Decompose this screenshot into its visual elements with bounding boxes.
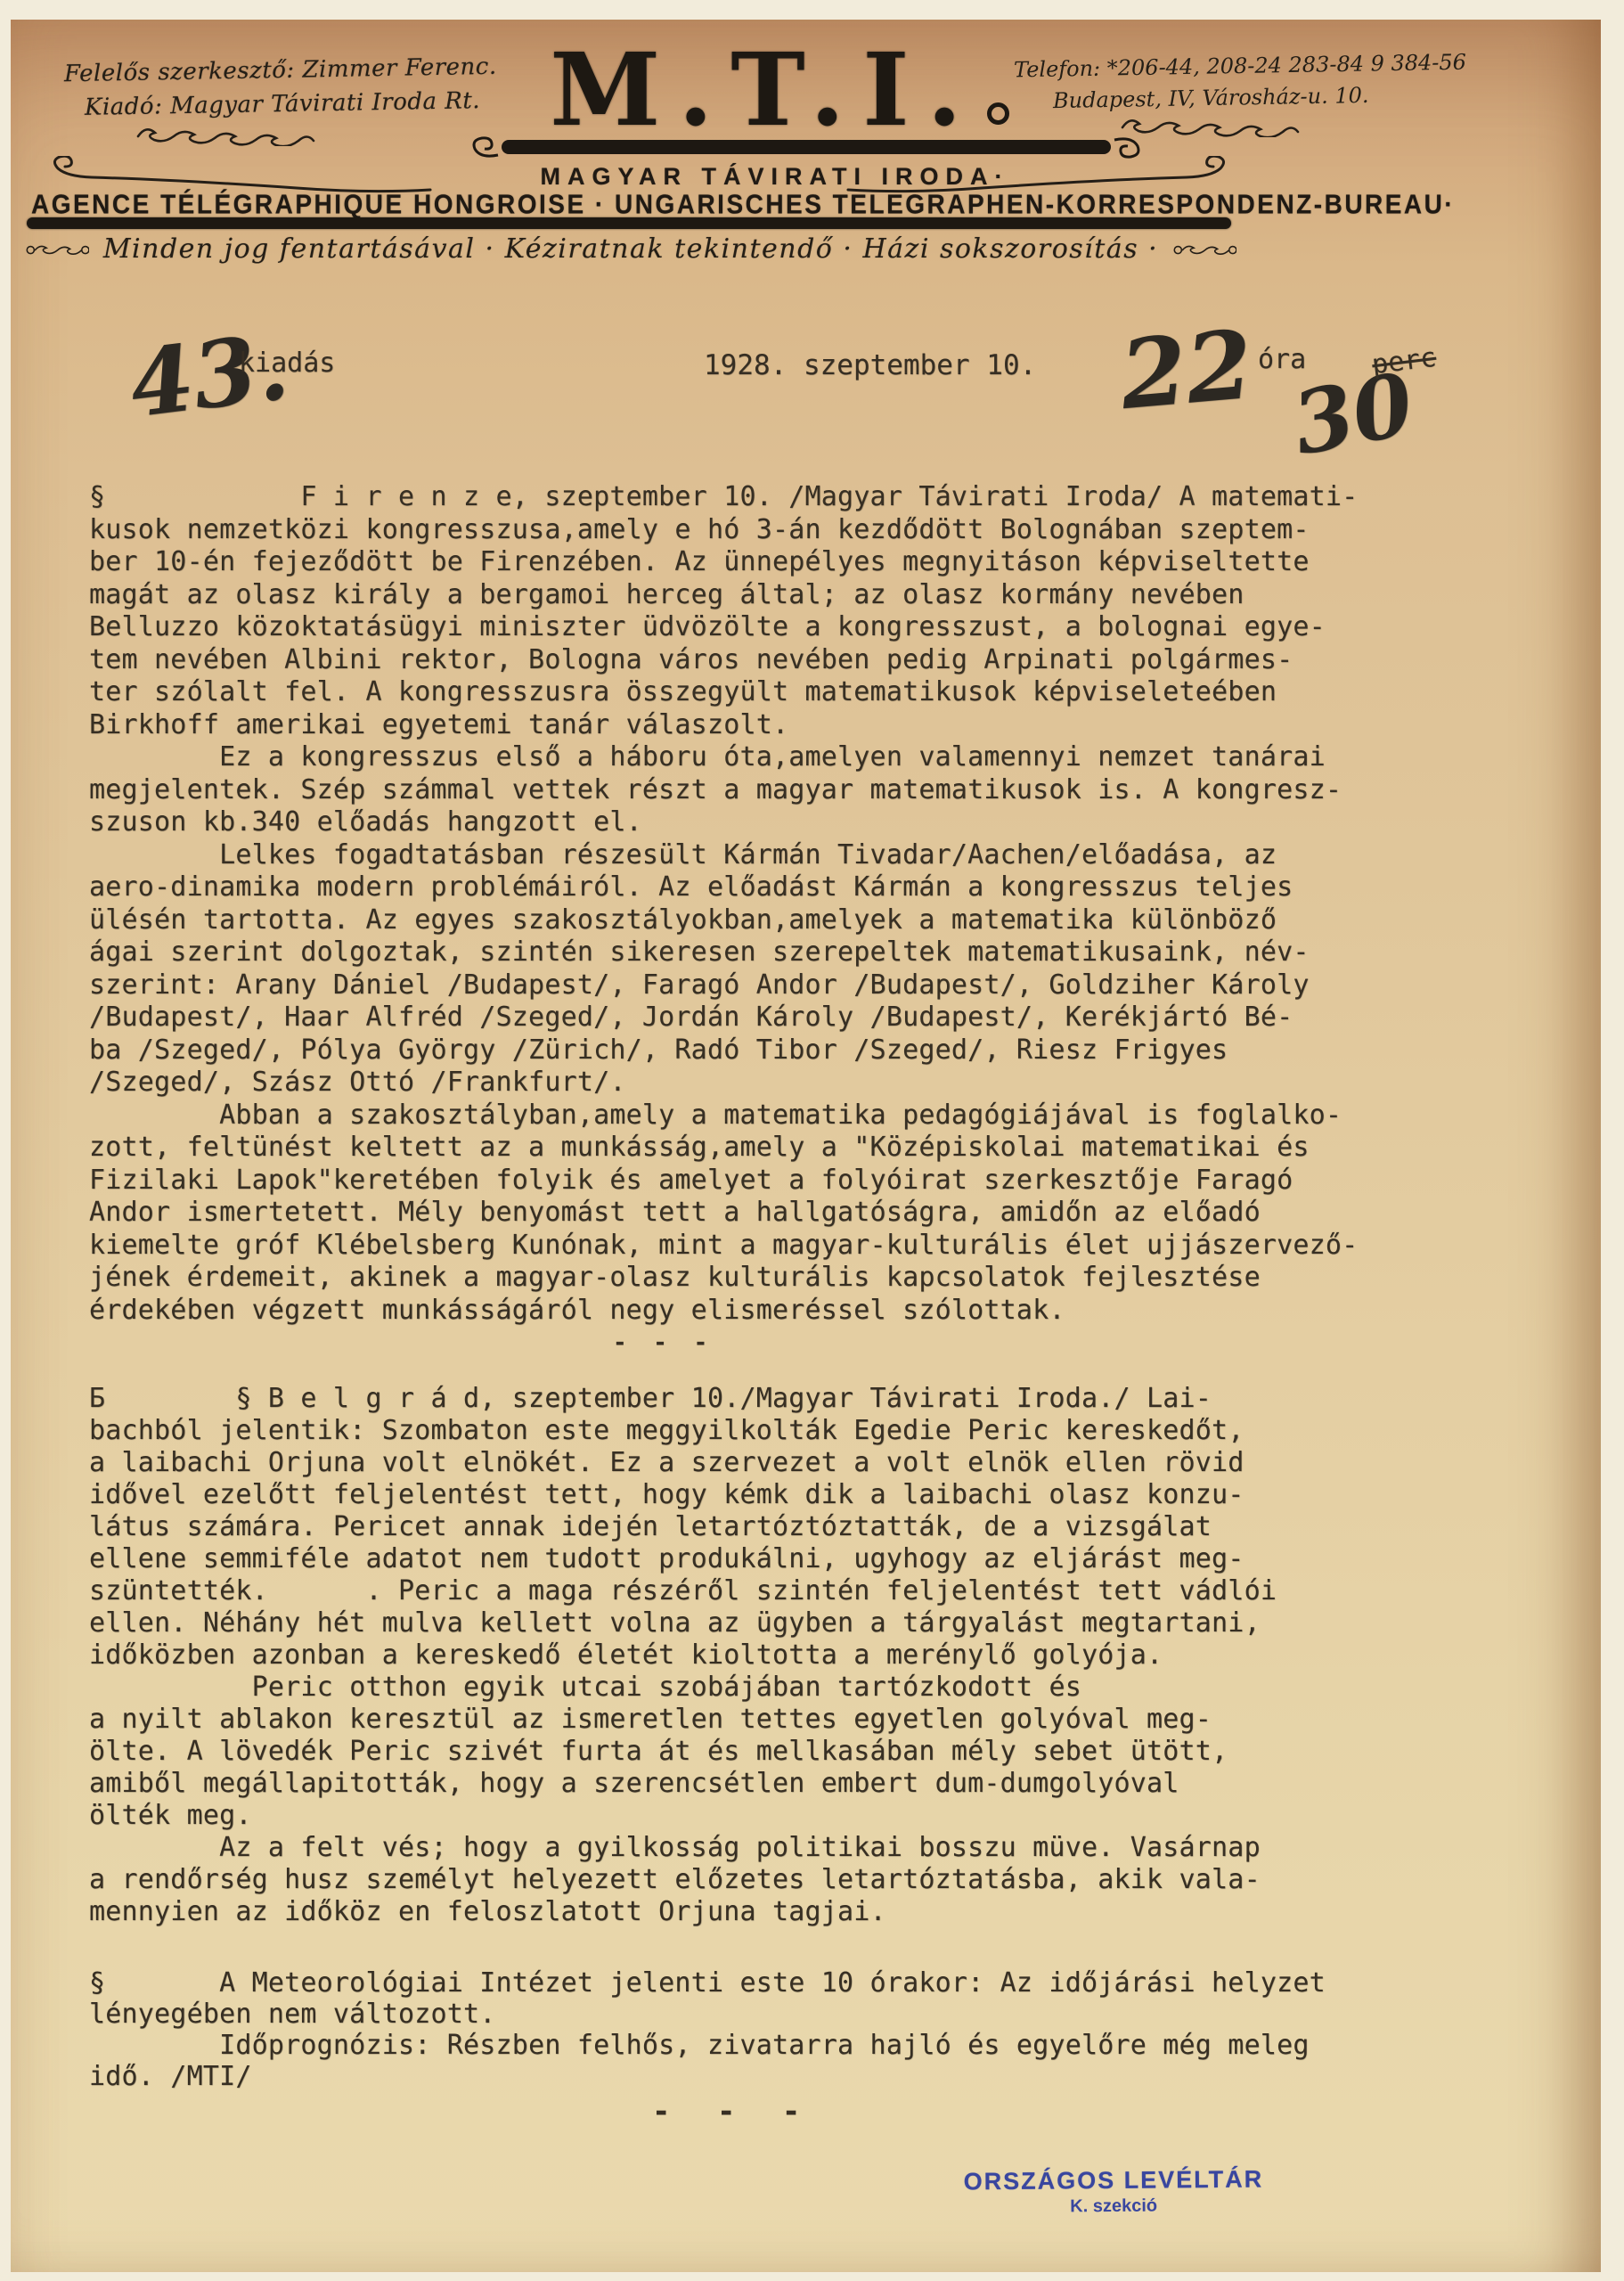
- agency-name-banner: MAGYAR TÁVIRATI IRODA·: [445, 163, 1105, 191]
- thick-rule: [27, 217, 1231, 229]
- stamp-line1: ORSZÁGOS LEVÉLTÁR: [926, 2165, 1301, 2196]
- article-firenze-end-marks: - - -: [613, 1329, 714, 1356]
- hour-handwritten: 22: [1116, 308, 1257, 430]
- article-firenze: § F i r e n z e, szeptember 10. /Magyar …: [89, 481, 1425, 1327]
- stamp-line2: K. szekció: [926, 2195, 1301, 2219]
- scroll-right-icon: [1172, 236, 1236, 263]
- document-page: Felelős szerkesztő: Zimmer Ferenc. Kiadó…: [0, 0, 1624, 2281]
- edition-label: kiadás: [239, 347, 335, 379]
- scroll-left-icon: [25, 236, 89, 263]
- flourish-left-icon: [134, 123, 356, 146]
- archive-stamp: ORSZÁGOS LEVÉLTÁR K. szekció: [926, 2165, 1301, 2219]
- logo-ring-icon: [987, 102, 1009, 125]
- article-belgrad: Б § B e l g r á d, szeptember 10./Magyar…: [89, 1383, 1425, 1928]
- hour-label: óra: [1258, 344, 1306, 375]
- end-separator: - - -: [652, 2094, 814, 2130]
- agency-international-line: AGENCE TÉLÉGRAPHIQUE HONGROISE · UNGARIS…: [31, 190, 1455, 221]
- rights-line: Minden jog fentartásával · Kéziratnak te…: [103, 233, 1158, 265]
- article-weather: § A Meteorológiai Intézet jelenti este 1…: [89, 1967, 1425, 2092]
- date-line: 1928. szeptember 10.: [704, 349, 1036, 381]
- flourish-right-icon: [1118, 114, 1341, 137]
